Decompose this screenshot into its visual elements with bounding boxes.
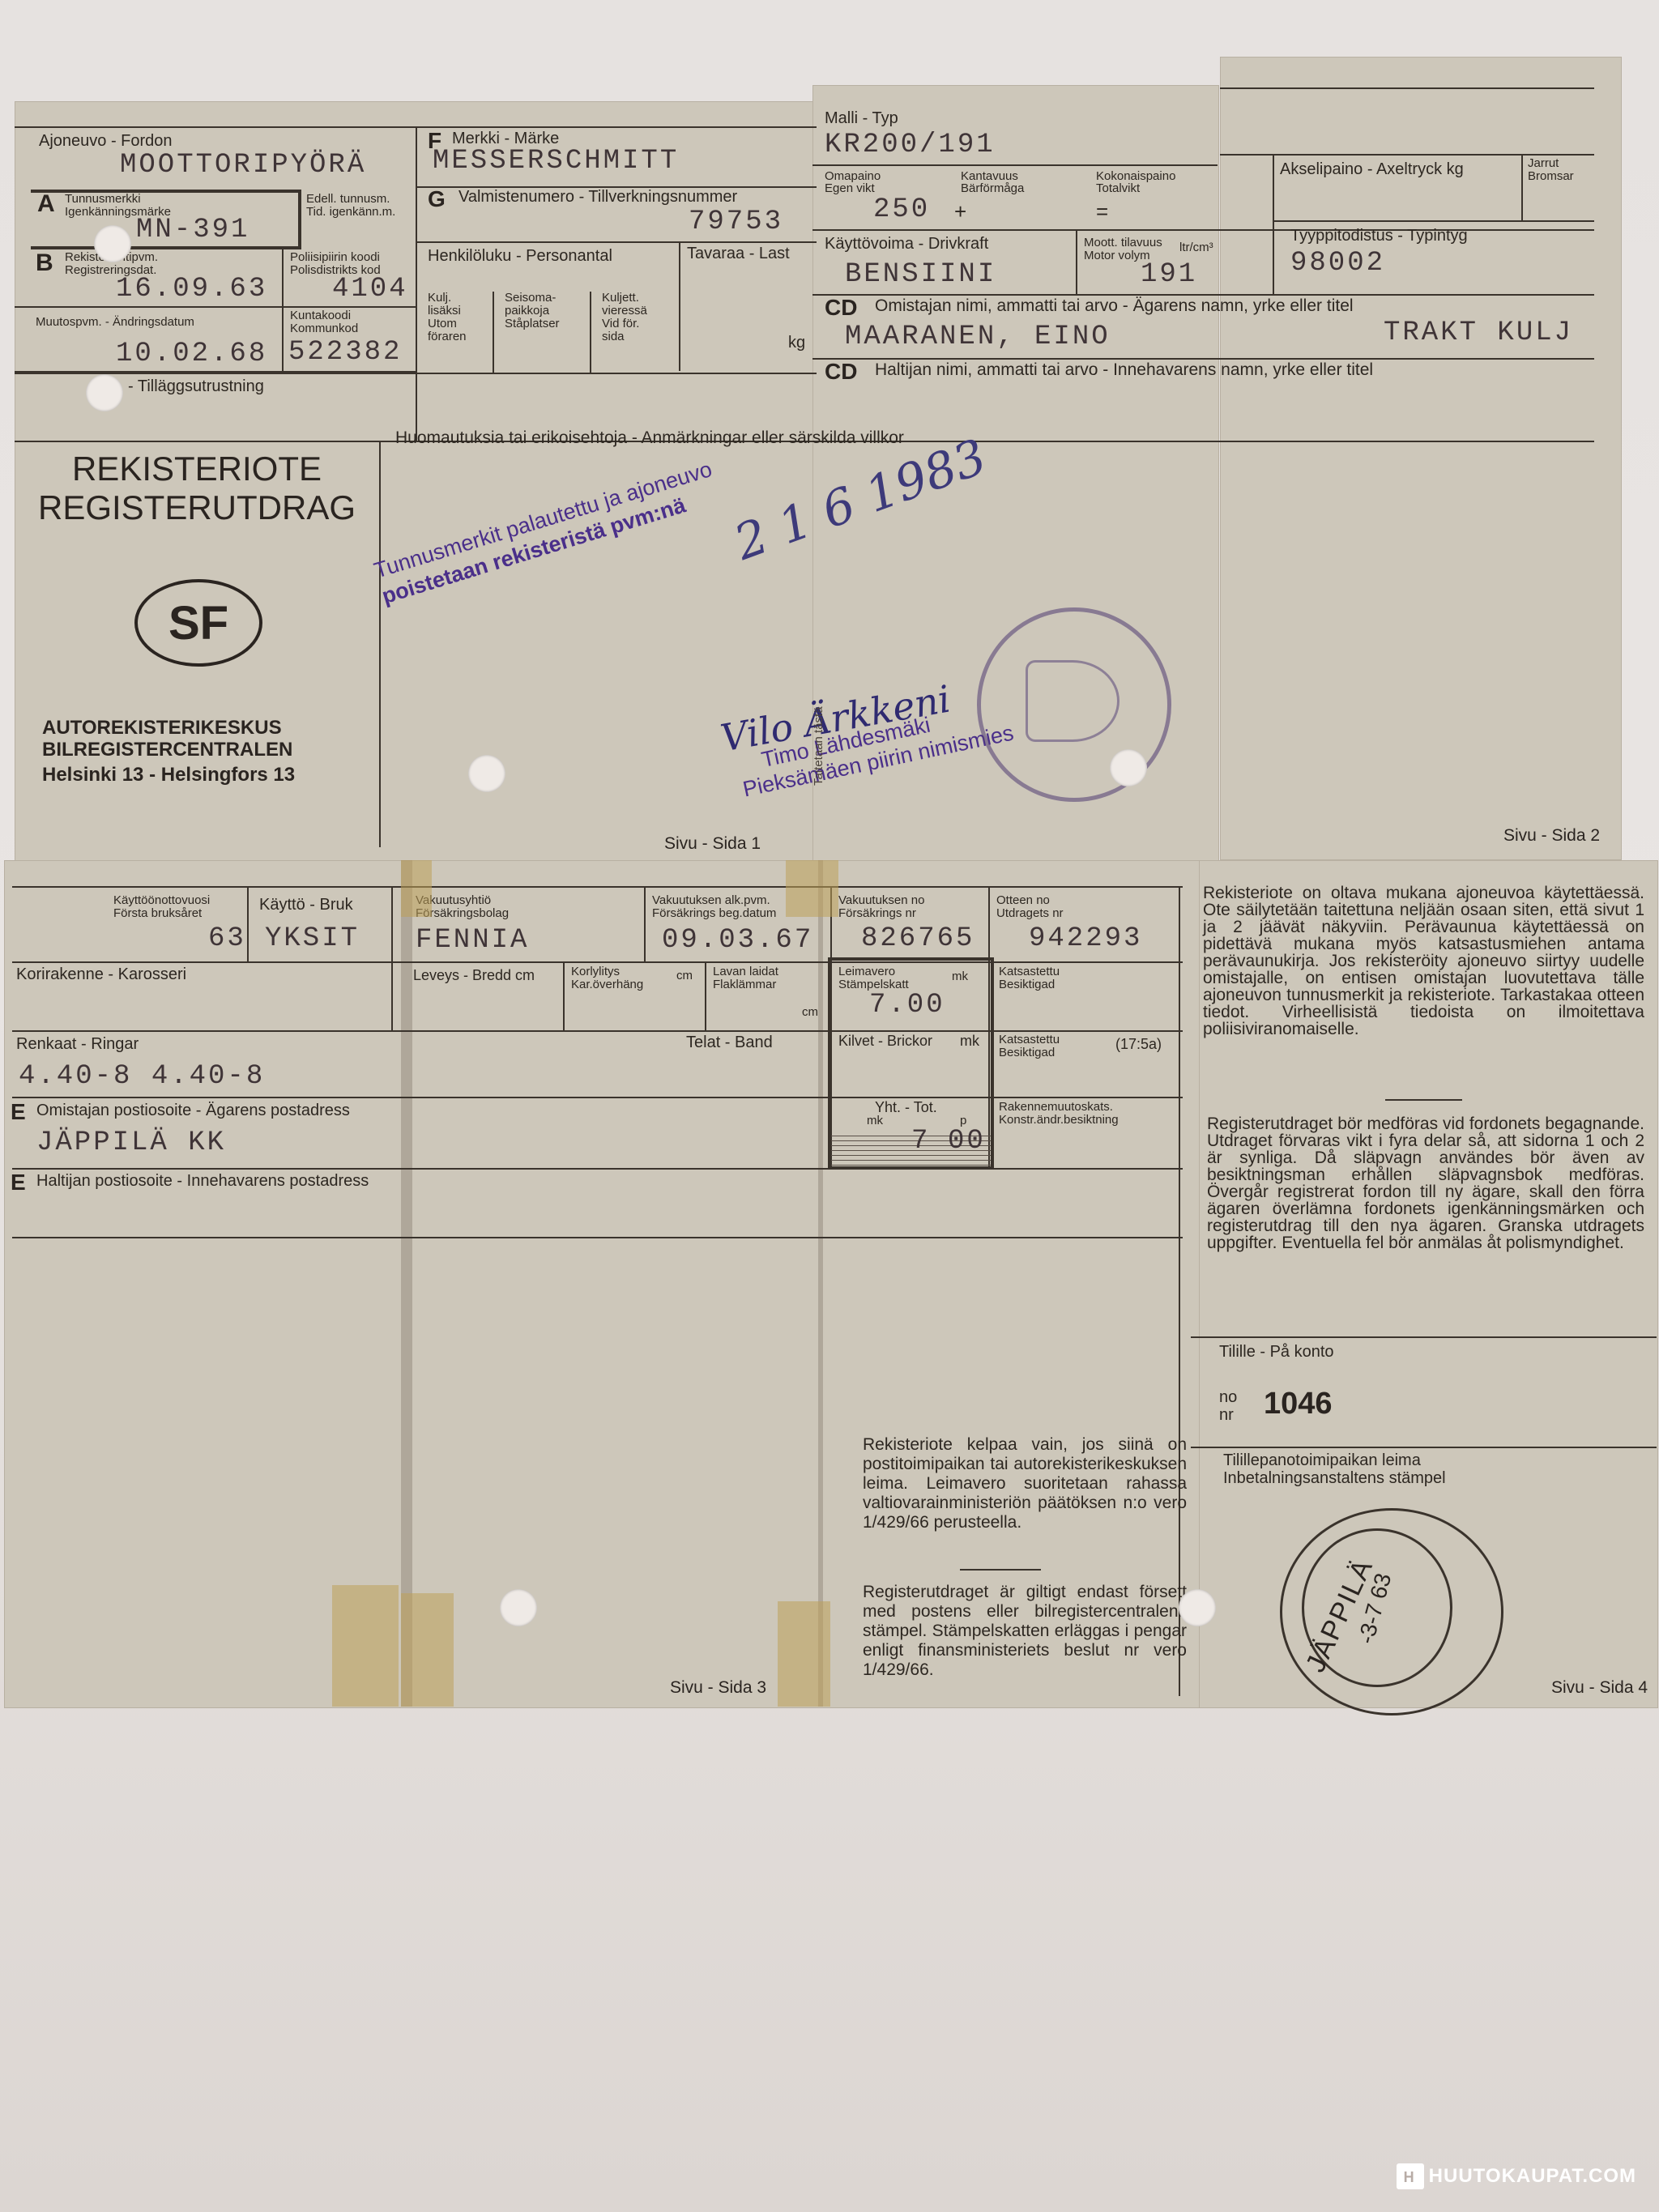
municipality-label-fi: Kuntakoodi [290, 309, 351, 322]
fuel-value: BENSIINI [845, 259, 996, 290]
ins-no-label-fi: Vakuutuksen no [838, 894, 924, 907]
field-letter-cd-owner: CD [825, 295, 857, 321]
sides-label-sv: Flaklämmar [713, 978, 776, 991]
fuel-label: Käyttövoima - Drivkraft [825, 235, 988, 253]
first-use-label-sv: Första bruksåret [113, 907, 202, 920]
rebuild-label-fi: Rakennemuutoskats. [999, 1101, 1113, 1114]
tape-strip [778, 1601, 830, 1707]
postmark: JÄPPILÄ -3-7 63 [1280, 1508, 1503, 1715]
stamp-tax-unit: mk [952, 970, 968, 983]
title-fi: REKISTERIOTE [15, 450, 379, 488]
sides-label-fi: Lavan laidat [713, 965, 778, 978]
seal-emblem-icon [1026, 660, 1120, 742]
plate-label-fi: Tunnusmerkki [65, 193, 141, 206]
bank-stamp-label-sv: Inbetalningsanstaltens stämpel [1223, 1469, 1446, 1487]
cargo-unit: kg [788, 334, 805, 352]
ins-no-label-sv: Försäkrings nr [838, 907, 916, 920]
sf-country-badge: SF [134, 579, 262, 667]
instructions-divider [1385, 1099, 1462, 1101]
document-bottom-half: Käyttöönottovuosi Första bruksåret 63 Kä… [4, 860, 1657, 1711]
capacity-label-sv: Bärförmåga [961, 182, 1024, 195]
ins-start-value: 09.03.67 [662, 925, 813, 956]
extract-no-label-fi: Otteen no [996, 894, 1050, 907]
page-2-label: Sivu - Sida 2 [1503, 826, 1600, 846]
police-code-label-fi: Poliisipiirin koodi [290, 251, 380, 264]
width-label: Leveys - Bredd cm [413, 968, 535, 983]
insurer-value: FENNIA [416, 925, 529, 956]
own-weight-label-sv: Egen vikt [825, 182, 875, 195]
ins-start-label-sv: Försäkrings beg.datum [652, 907, 776, 920]
page-1-label: Sivu - Sida 1 [664, 834, 761, 854]
serial-label: Valmistenumero - Tillverkningsnummer [458, 188, 737, 206]
persons-label: Henkilöluku - Personantal [428, 247, 612, 265]
punch-hole [1179, 1589, 1216, 1626]
engine-value: 191 [1141, 259, 1197, 290]
inspected-label-fi: Katsastettu [999, 965, 1060, 978]
field-letter-g: G [428, 186, 446, 212]
owner-name: MAARANEN, EINO [845, 322, 1111, 352]
document-title: REKISTERIOTE REGISTERUTDRAG [15, 450, 379, 527]
equals-sign: = [1096, 202, 1108, 220]
punch-hole [86, 374, 123, 411]
ins-no-value: 826765 [861, 923, 975, 954]
plates-fee-label: Kilvet - Brickor [838, 1034, 932, 1049]
total-p-value: 00 [948, 1126, 986, 1157]
total-mk-unit: mk [867, 1115, 883, 1127]
sf-badge-text: SF [168, 596, 228, 650]
type-cert-label: Tyyppitodistus - Typintyg [1290, 227, 1468, 245]
persons-col-2: Seisoma- paikkoja Ståplatser [505, 292, 560, 330]
field-letter-e-owner: E [11, 1099, 26, 1125]
validity-text-fi: Rekisteriote kelpaa vain, jos siinä on p… [863, 1435, 1187, 1532]
plate-value: MN-391 [136, 215, 249, 245]
title-sv: REGISTERUTDRAG [15, 488, 379, 527]
tyres-value: 4.40-8 4.40-8 [19, 1061, 265, 1092]
inspected2-label-fi: Katsastettu [999, 1034, 1060, 1046]
police-code-value: 4104 [332, 274, 408, 305]
total-mk-value: 7 [911, 1126, 930, 1157]
persons-col-3: Kuljett. vieressä Vid för. sida [602, 292, 647, 343]
axle-label: Akselipaino - Axeltryck kg [1280, 160, 1464, 178]
rebuild-label-sv: Konstr.ändr.besiktning [999, 1114, 1119, 1127]
account-no-label: no nr [1219, 1388, 1237, 1424]
punch-hole [468, 755, 505, 792]
extract-no-label-sv: Utdragets nr [996, 907, 1064, 920]
inspected2-ref: (17:5a) [1115, 1037, 1162, 1052]
model-value: KR200/191 [825, 130, 996, 160]
punch-hole [500, 1589, 537, 1626]
prev-plate-label-sv: Tid. igenkänn.m. [306, 206, 395, 219]
model-label: Malli - Typ [825, 109, 898, 127]
field-letter-cd-holder: CD [825, 359, 857, 385]
holder-address-label: Haltijan postiosoite - Innehavarens post… [36, 1172, 369, 1190]
validity-text-sv: Registerutdraget är giltigt endast förse… [863, 1583, 1187, 1680]
issuer-fi: AUTOREKISTERIKESKUS [42, 717, 295, 739]
tyres-label: Renkaat - Ringar [16, 1035, 139, 1053]
vehicle-value: MOOTTORIPYÖRÄ [120, 150, 366, 181]
watermark: H HUUTOKAUPAT.COM [1397, 2163, 1636, 2189]
persons-col-1: Kulj. lisäksi Utom föraren [428, 292, 467, 343]
tracks-label: Telat - Band [686, 1034, 773, 1051]
cargo-label: Tavaraa - Last [687, 245, 790, 262]
overhang-unit: cm [676, 970, 693, 982]
owner-label: Omistajan nimi, ammatti tai arvo - Ägare… [875, 297, 1354, 315]
instructions-sv: Registerutdraget bör medföras vid fordon… [1207, 1115, 1644, 1251]
first-use-label-fi: Käyttöönottovuosi [113, 894, 210, 907]
page-4-label: Sivu - Sida 4 [1551, 1678, 1648, 1698]
box-logo-icon: H [1397, 2163, 1424, 2189]
use-label: Käyttö - Bruk [259, 896, 353, 914]
field-letter-b: B [36, 249, 53, 277]
vehicle-label: Ajoneuvo - Fordon [39, 132, 173, 150]
brakes-label-fi: Jarrut [1528, 157, 1559, 170]
document-top-half: Ajoneuvo - Fordon MOOTTORIPYÖRÄ A Tunnus… [15, 57, 1620, 867]
total-weight-label-sv: Totalvikt [1096, 182, 1140, 195]
make-label: Merkki - Märke [452, 130, 559, 147]
make-value: MESSERSCHMITT [433, 146, 679, 177]
instructions-fi: Rekisteriote on oltava mukana ajoneuvoa … [1203, 884, 1644, 1038]
tape-strip [786, 860, 838, 917]
engine-unit: ltr/cm³ [1179, 241, 1213, 254]
punch-hole [94, 225, 131, 262]
reg-date-value: 16.09.63 [116, 274, 267, 305]
account-no-value: 1046 [1264, 1387, 1333, 1421]
type-cert-value: 98002 [1290, 248, 1385, 279]
overhang-label-fi: Korlylitys [571, 965, 620, 978]
total-label: Yht. - Tot. [875, 1101, 937, 1114]
extract-no-value: 942293 [1029, 923, 1142, 954]
owner-title: TRAKT KULJ [1384, 318, 1573, 348]
bank-stamp-label-fi: Tilillepanotoimipaikan leima [1223, 1451, 1421, 1469]
tape-strip [401, 860, 432, 917]
plates-fee-unit: mk [960, 1034, 979, 1049]
owner-address-label: Omistajan postiosoite - Ägarens postadre… [36, 1102, 350, 1119]
first-use-value: 63 [208, 923, 246, 954]
remarks-label: Huomautuksia tai erikoisehtoja - Anmärkn… [395, 429, 904, 447]
sides-unit: cm [802, 1006, 818, 1019]
municipality-value: 522382 [288, 337, 402, 368]
municipality-label-sv: Kommunkod [290, 322, 358, 335]
prev-plate-label-fi: Edell. tunnusm. [306, 193, 390, 206]
issuer-sv: BILREGISTERCENTRALEN [42, 739, 295, 761]
use-value: YKSIT [265, 923, 360, 954]
punch-hole [1110, 749, 1147, 786]
change-date-label: Muutospvm. - Ändringsdatum [36, 316, 194, 329]
stamp-tax-value: 7.00 [869, 990, 945, 1021]
inspected-label-sv: Besiktigad [999, 978, 1055, 991]
plus-sign: + [954, 202, 966, 220]
inspected2-label-sv: Besiktigad [999, 1046, 1055, 1059]
holder-label: Haltijan nimi, ammatti tai arvo - Inneha… [875, 361, 1373, 379]
body-label: Korirakenne - Karosseri [16, 965, 186, 983]
overhang-label-sv: Kar.överhäng [571, 978, 643, 991]
watermark-text: HUUTOKAUPAT.COM [1429, 2165, 1636, 2188]
owner-address-value: JÄPPILÄ KK [36, 1127, 226, 1158]
account-label: Tilille - På konto [1219, 1343, 1334, 1361]
change-date-value: 10.02.68 [116, 339, 267, 369]
extra-equipment-label: - Tilläggsutrustning [128, 377, 264, 395]
field-letter-e-holder: E [11, 1170, 26, 1196]
engine-label-fi: Moott. tilavuus [1084, 237, 1162, 249]
issuer-block: AUTOREKISTERIKESKUS BILREGISTERCENTRALEN… [42, 717, 295, 786]
tape-strip [401, 1593, 454, 1707]
own-weight-value: 250 [873, 194, 930, 225]
serial-value: 79753 [689, 207, 783, 237]
ins-start-label-fi: Vakuutuksen alk.pvm. [652, 894, 770, 907]
validity-divider [960, 1569, 1041, 1571]
brakes-label-sv: Bromsar [1528, 170, 1574, 183]
issuer-address: Helsinki 13 - Helsingfors 13 [42, 764, 295, 786]
fold-text: Taitetaan tästä [812, 706, 825, 786]
stamp-tax-label-fi: Leimavero [838, 965, 895, 978]
tape-strip [332, 1585, 399, 1707]
page-3-label: Sivu - Sida 3 [670, 1678, 766, 1698]
field-letter-a: A [37, 190, 55, 218]
